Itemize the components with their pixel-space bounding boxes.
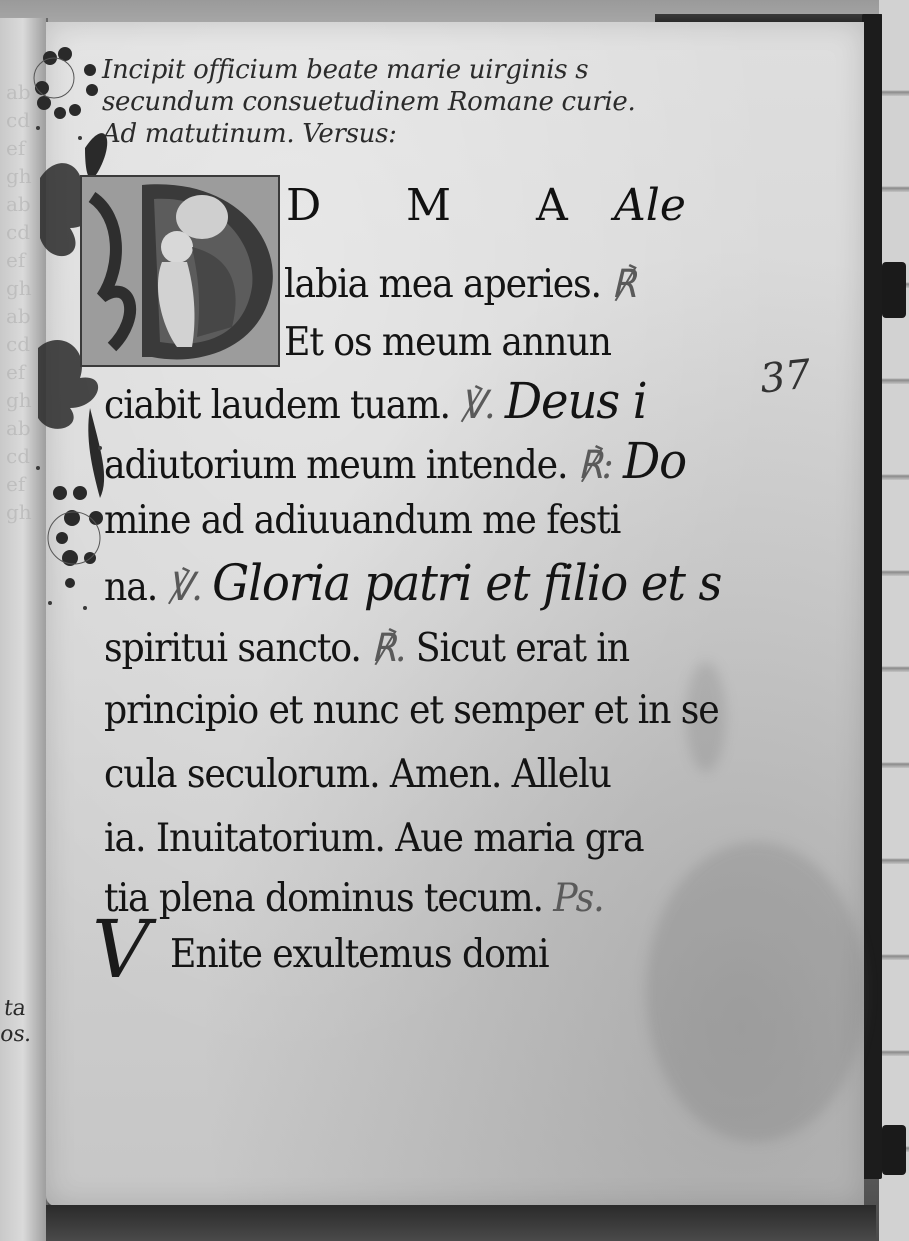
text-line: tia plena dominus tecum. Ps. [104, 876, 604, 922]
folio-number: 37 [758, 351, 813, 402]
historiated-initial-icon [82, 177, 278, 365]
text-line: Enite exultemus domi [170, 932, 549, 978]
rubric-line-1: Incipit officium beate marie uirginis s [102, 54, 692, 86]
bleed-through-text: abcdefghabcdefghabcdefghabcdefgh [6, 78, 32, 978]
text-line: Et os meum annun [284, 320, 611, 366]
psalm-initial: V [92, 910, 150, 990]
versicle-header: D M A Ale [286, 180, 686, 240]
text-line: na. ℣. Gloria patri et filio et s [104, 560, 721, 611]
page-bottom-shadow [46, 1205, 876, 1241]
clasp-icon [882, 1125, 906, 1175]
text-line: labia mea aperies. ℟ [284, 262, 635, 308]
text-line: mine ad adiuuandum me festi [104, 498, 620, 544]
clasp-icon [882, 262, 906, 318]
text-line: spiritui sancto. ℟. Sicut erat in [104, 626, 629, 672]
historiated-initial [80, 175, 280, 367]
left-page-edge-text: ta os. [0, 996, 37, 1048]
text-line: ciabit laudem tuam. ℣. Deus i [104, 378, 646, 429]
text-line: ia. Inuitatorium. Aue maria gra [104, 816, 644, 862]
text-line: cula seculorum. Amen. Allelu [104, 752, 611, 798]
rubric-line-3: Ad matutinum. Versus: [102, 118, 692, 150]
text-line: principio et nunc et semper et in se [104, 688, 719, 734]
background-shelf [879, 0, 909, 1241]
rubric-line-2: secundum consuetudinem Romane curie. [102, 86, 692, 118]
rubric-heading: Incipit officium beate marie uirginis s … [102, 54, 692, 150]
stain [646, 842, 866, 1142]
text-line: adiutorium meum intende. ℟: Do [104, 438, 686, 489]
